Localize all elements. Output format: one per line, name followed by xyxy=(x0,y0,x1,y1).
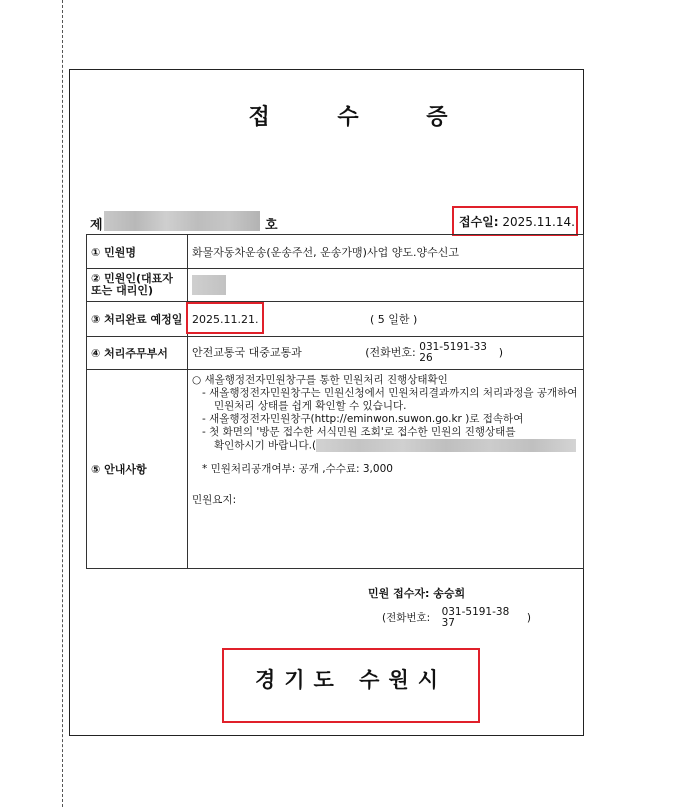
received-date-value: 2025.11.14. xyxy=(502,215,575,229)
receiver-phone-row: (전화번호: 031-5191-3837 ) xyxy=(382,607,531,629)
receiver-phone-close: ) xyxy=(527,612,531,624)
row-label: ③ 처리완료 예정일 xyxy=(87,302,188,337)
guide-line-text: 확인하시기 바랍니다.( xyxy=(214,440,316,452)
row-label: ⑤ 안내사항 xyxy=(87,370,188,569)
department-cell: 안전교통국 대중교통과 (전화번호: 031-5191-3326 ) xyxy=(188,337,584,370)
row-label: ④ 처리주무부서 xyxy=(87,337,188,370)
receiver: 민원 접수자: 송승희 xyxy=(368,585,465,601)
table-row: ③ 처리완료 예정일 2025.11.21. ( 5 일한 ) xyxy=(87,302,584,337)
guide-line: - 새올행정전자민원창구(http://eminwon.suwon.go.kr … xyxy=(192,413,579,426)
petition-name: 화물자동차운송(운송주선, 운송가맹)사업 양도.양수신고 xyxy=(188,235,584,269)
guide-line: - 새올행정전자민원창구는 민원신청에서 민원처리결과까지의 처리과정을 공개하… xyxy=(192,387,579,400)
department-phone-close: ) xyxy=(499,346,503,359)
issuer-box: 경기도 수원시 xyxy=(222,648,480,723)
receipt-number-suffix: 호 xyxy=(265,214,278,233)
department-phone-label: (전화번호: xyxy=(365,346,419,359)
receiver-phone-label: (전화번호: xyxy=(382,612,430,624)
received-date: 접수일: 2025.11.14. xyxy=(459,213,575,230)
guide-heading: ○ 새올행정전자민원창구를 통한 민원처리 진행상태확인 xyxy=(192,374,579,387)
redacted-info xyxy=(316,439,576,452)
redacted-petitioner xyxy=(192,275,226,295)
received-date-label: 접수일: xyxy=(459,215,499,229)
guide-line: 민원처리 상태를 쉽게 확인할 수 있습니다. xyxy=(192,400,579,413)
disclosure-fee: * 민원처리공개여부: 공개 ,수수료: 3,000 xyxy=(192,463,579,476)
receiver-name: 송승희 xyxy=(433,587,465,600)
department-phone: 031-5191-3326 xyxy=(419,342,489,364)
table-row: ② 민원인(대표자 또는 대리인) xyxy=(87,269,584,302)
summary-label: 민원요지: xyxy=(192,494,579,507)
receiver-label: 민원 접수자: xyxy=(368,587,429,600)
table-row: ④ 처리주무부서 안전교통국 대중교통과 (전화번호: 031-5191-332… xyxy=(87,337,584,370)
petitioner xyxy=(188,269,584,302)
table-row: ① 민원명 화물자동차운송(운송주선, 운송가맹)사업 양도.양수신고 xyxy=(87,235,584,269)
receipt-number-prefix: 제 xyxy=(90,214,103,233)
issuer: 경기도 수원시 xyxy=(255,668,447,692)
department: 안전교통국 대중교통과 xyxy=(192,346,302,359)
document-title: 접 수 증 xyxy=(0,100,696,131)
table-row: ⑤ 안내사항 ○ 새올행정전자민원창구를 통한 민원처리 진행상태확인 - 새올… xyxy=(87,370,584,569)
redacted-receipt-number xyxy=(104,211,260,231)
guide-cell: ○ 새올행정전자민원창구를 통한 민원처리 진행상태확인 - 새올행정전자민원창… xyxy=(188,370,584,569)
due-days: ( 5 일한 ) xyxy=(370,313,417,326)
row-label: ② 민원인(대표자 또는 대리인) xyxy=(87,269,188,302)
due-date-highlight xyxy=(186,302,264,334)
row-label: ① 민원명 xyxy=(87,235,188,269)
guide-line: 확인하시기 바랍니다.( xyxy=(192,439,579,453)
receiver-phone: 031-5191-3837 xyxy=(442,607,512,629)
receipt-table: ① 민원명 화물자동차운송(운송주선, 운송가맹)사업 양도.양수신고 ② 민원… xyxy=(86,234,584,569)
guide-line: - 첫 화면의 '방문 접수한 서식민원 조회'로 접수한 민원의 진행상태를 xyxy=(192,426,579,439)
